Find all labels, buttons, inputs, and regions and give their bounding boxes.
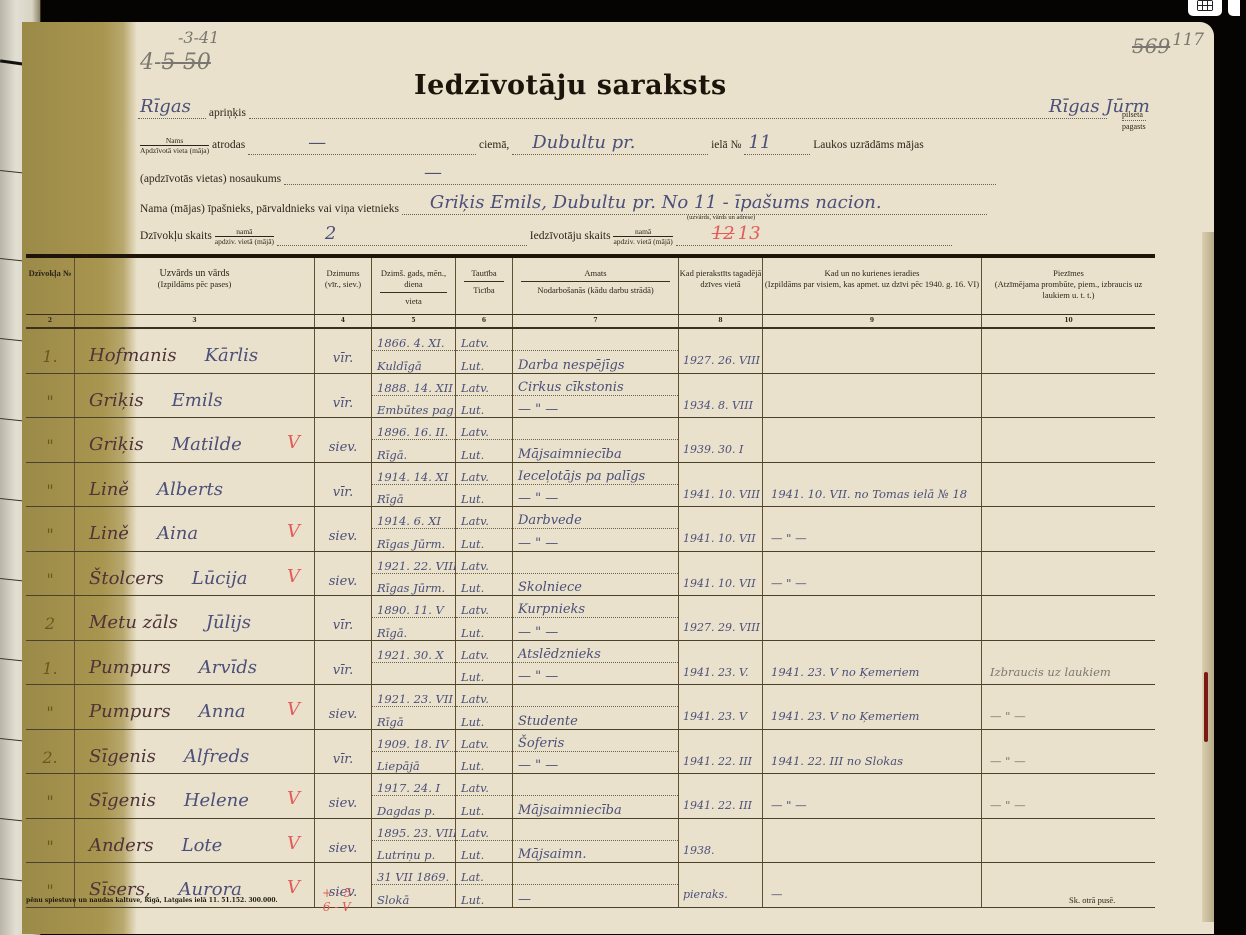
- birth-cell: 31 VII 1869.Slokā: [372, 863, 456, 907]
- arrival-info: — " —: [763, 552, 982, 596]
- resident-name: PumpursArvīds: [75, 641, 315, 685]
- table-row: " SīgenisHeleneV siev. 1917. 24. IDagdas…: [26, 774, 1155, 819]
- registered-date: 1938.: [679, 819, 763, 863]
- counts-field: Dzīvokļu skaits namāapdziv. vietā (mājā)…: [140, 227, 952, 246]
- table-row: " PumpursAnnaV siev. 1921. 23. VIIRīgā L…: [26, 685, 1155, 730]
- column-numbers: 2 3 4 5 6 7 8 9 10: [26, 315, 1155, 329]
- resident-name: GriķisMatildeV: [75, 418, 315, 462]
- notes: [982, 552, 1155, 596]
- nationality-cell: Latv.Lut.: [456, 641, 513, 685]
- birth-cell: 1896. 16. II.Rīgā.: [372, 418, 456, 462]
- table-row: 2 Metu zālsJūlijs vīr. 1890. 11. VRīgā. …: [26, 596, 1155, 641]
- registered-date: 1941. 23. V.: [679, 641, 763, 685]
- sex: vīr.: [315, 329, 372, 373]
- red-check-mark: V: [287, 432, 300, 453]
- arrival-info: — " —: [763, 774, 982, 818]
- apartment-number: 2: [26, 596, 75, 640]
- resident-name: PumpursAnnaV: [75, 685, 315, 729]
- notes: [982, 374, 1155, 418]
- apartment-number: ": [26, 685, 75, 729]
- apartment-number: ": [26, 463, 75, 507]
- printer-imprint: pēnu spiestuve un naudas kaltuve, Rīgā, …: [26, 897, 278, 904]
- occupation-cell: Darbvede— " —: [513, 507, 679, 551]
- red-check-mark: V: [287, 877, 300, 898]
- table-row: " AndersLoteV siev. 1895. 23. VIIILutriņ…: [26, 819, 1155, 864]
- apartment-number: ": [26, 418, 75, 462]
- nationality-cell: Latv.Lut.: [456, 507, 513, 551]
- table-row: 2. SīgenisAlfreds vīr. 1909. 18. IVLiepā…: [26, 730, 1155, 775]
- red-check-mark: V: [287, 699, 300, 720]
- birth-cell: 1914. 14. XIRīgā: [372, 463, 456, 507]
- arrival-info: 1941. 23. V no Ķemeriem: [763, 641, 982, 685]
- registered-date: 1934. 8. VIII: [679, 374, 763, 418]
- arrival-info: 1941. 22. III no Slokas: [763, 730, 982, 774]
- apartment-number: 1.: [26, 641, 75, 685]
- nationality-cell: Latv.Lut.: [456, 374, 513, 418]
- resident-name: LiněAinaV: [75, 507, 315, 551]
- apartment-number: ": [26, 374, 75, 418]
- registered-date: 1941. 10. VIII: [679, 463, 763, 507]
- registered-date: 1941. 10. VII: [679, 507, 763, 551]
- resident-name: LiněAlberts: [75, 463, 315, 507]
- grid-icon: [1197, 0, 1213, 11]
- nationality-cell: Latv.Lut.: [456, 596, 513, 640]
- occupation-cell: Kurpnieks— " —: [513, 596, 679, 640]
- occupation-cell: Skolniece: [513, 552, 679, 596]
- owner-hint: (uzvārds, vārds un adrese): [687, 214, 755, 221]
- arrival-info: [763, 819, 982, 863]
- col-arrived: Kad un no kurienes ieradies(Izpildāms pa…: [763, 258, 982, 314]
- table-row: 1. PumpursArvīds vīr. 1921. 30. X Latv.L…: [26, 641, 1155, 686]
- notes: [982, 819, 1155, 863]
- red-check-mark: V: [287, 788, 300, 809]
- settlement-name-field: (apdzīvotās vietas) nosaukums —: [140, 170, 996, 185]
- nationality-cell: Latv.Lut.: [456, 552, 513, 596]
- resident-name: SīgenisHeleneV: [75, 774, 315, 818]
- residents-table: Dzīvokļa № Uzvārds un vārds(Izpildāms pē…: [26, 254, 1155, 908]
- apartment-number: ": [26, 552, 75, 596]
- red-annotation: + - 5 6 - V: [322, 886, 351, 914]
- birth-cell: 1890. 11. VRīgā.: [372, 596, 456, 640]
- occupation-cell: Darba nespējīgs: [513, 329, 679, 373]
- viewer-toolbar: [1188, 0, 1240, 16]
- census-form-page: -3-41 4-5-50 Iedzīvotāju saraksts 569117…: [22, 22, 1214, 934]
- arrival-info: 1941. 10. VII. no Tomas ielā № 18: [763, 463, 982, 507]
- owner-field: Nama (mājas) īpašnieks, pārvaldnieks vai…: [140, 200, 987, 215]
- nationality-cell: Latv.Lut.: [456, 685, 513, 729]
- nationality-cell: Latv.Lut.: [456, 329, 513, 373]
- city-parish-label: pilsēta pagasts: [1122, 109, 1146, 132]
- table-body: 1. HofmanisKārlis vīr. 1866. 4. XI.Kuldī…: [26, 329, 1155, 908]
- table-row: " ŠtolcersLūcijaV siev. 1921. 22. VIIIRī…: [26, 552, 1155, 597]
- birth-cell: 1888. 14. XIIEmbūtes pag.: [372, 374, 456, 418]
- occupation-cell: Mājsaimn.: [513, 819, 679, 863]
- resident-name: HofmanisKārlis: [75, 329, 315, 373]
- apartment-number: ": [26, 507, 75, 551]
- arrival-info: [763, 596, 982, 640]
- notes: — " —: [982, 730, 1155, 774]
- registered-date: 1927. 29. VIII: [679, 596, 763, 640]
- col-apartment: Dzīvokļa №: [26, 258, 75, 314]
- registered-date: 1927. 26. VIII: [679, 329, 763, 373]
- apartment-number: ": [26, 819, 75, 863]
- occupation-cell: Mājsaimniecība: [513, 774, 679, 818]
- location-field: NamsApdzīvotā vieta (māja) atrodas — cie…: [140, 136, 924, 155]
- birth-cell: 1895. 23. VIIILutriņu p.: [372, 819, 456, 863]
- table-row: " LiněAinaV siev. 1914. 6. XIRīgas Jūrm.…: [26, 507, 1155, 552]
- sex: vīr.: [315, 641, 372, 685]
- sex: siev.: [315, 774, 372, 818]
- resident-name: Metu zālsJūlijs: [75, 596, 315, 640]
- notes: [982, 596, 1155, 640]
- grid-view-button[interactable]: [1188, 0, 1222, 16]
- resident-name: AndersLoteV: [75, 819, 315, 863]
- apartment-number: ": [26, 774, 75, 818]
- birth-cell: 1921. 22. VIIIRīgas Jūrm.: [372, 552, 456, 596]
- arrival-info: —: [763, 863, 982, 907]
- arrival-info: 1941. 23. V no Ķemeriem: [763, 685, 982, 729]
- sex: vīr.: [315, 730, 372, 774]
- col-registered: Kad pierakstīts tagadējā dzīves vietā: [679, 258, 763, 314]
- district-field: Rīgas apriņķis Rīgas Jūrm: [138, 104, 1107, 119]
- registered-date: 1941. 10. VII: [679, 552, 763, 596]
- red-check-mark: V: [287, 566, 300, 587]
- sex: siev.: [315, 507, 372, 551]
- page-edge: [1202, 232, 1214, 922]
- nationality-cell: Lat.Lut.: [456, 863, 513, 907]
- apartment-number: 1.: [26, 329, 75, 373]
- sex: vīr.: [315, 463, 372, 507]
- nationality-cell: Latv.Lut.: [456, 730, 513, 774]
- apartment-number: 2.: [26, 730, 75, 774]
- col-occupation: AmatsNodarbošanās (kādu darbu strādā): [513, 258, 679, 314]
- occupation-cell: Cirkus cīkstonis— " —: [513, 374, 679, 418]
- registered-date: 1941. 23. V: [679, 685, 763, 729]
- col-sex: Dzimums(vīr., siev.): [315, 258, 372, 314]
- arrival-info: — " —: [763, 507, 982, 551]
- birth-cell: 1909. 18. IVLiepājā: [372, 730, 456, 774]
- red-check-mark: V: [287, 833, 300, 854]
- nationality-cell: Latv.Lut.: [456, 418, 513, 462]
- arrival-info: [763, 329, 982, 373]
- arrival-info: [763, 418, 982, 462]
- resident-name: GriķisEmils: [75, 374, 315, 418]
- sex: vīr.: [315, 596, 372, 640]
- registered-date: 1939. 30. I: [679, 418, 763, 462]
- resident-name: ŠtolcersLūcijaV: [75, 552, 315, 596]
- sex: vīr.: [315, 374, 372, 418]
- registered-date: pieraks.: [679, 863, 763, 907]
- occupation-cell: Ieceļotājs pa palīgs— " —: [513, 463, 679, 507]
- col-birth: Dzimš. gads, mēn., dienavieta: [372, 258, 456, 314]
- nationality-cell: Latv.Lut.: [456, 463, 513, 507]
- occupation-cell: Mājsaimniecība: [513, 418, 679, 462]
- occupation-cell: —: [513, 863, 679, 907]
- table-row: " LiněAlberts vīr. 1914. 14. XIRīgā Latv…: [26, 463, 1155, 508]
- col-name: Uzvārds un vārds(Izpildāms pēc pases): [75, 258, 315, 314]
- resident-name: SīgenisAlfreds: [75, 730, 315, 774]
- occupation-cell: Studente: [513, 685, 679, 729]
- table-header: Dzīvokļa № Uzvārds un vārds(Izpildāms pē…: [26, 258, 1155, 315]
- red-check-mark: V: [287, 521, 300, 542]
- occupation-cell: Šoferis— " —: [513, 730, 679, 774]
- sex: siev.: [315, 418, 372, 462]
- table-row: " GriķisMatildeV siev. 1896. 16. II.Rīgā…: [26, 418, 1155, 463]
- arrival-info: [763, 374, 982, 418]
- notes: [982, 418, 1155, 462]
- turn-over-note: Sk. otrā pusē.: [1069, 895, 1115, 905]
- birth-cell: 1914. 6. XIRīgas Jūrm.: [372, 507, 456, 551]
- table-row: " GriķisEmils vīr. 1888. 14. XIIEmbūtes …: [26, 374, 1155, 419]
- registered-date: 1941. 22. III: [679, 730, 763, 774]
- notes: [982, 463, 1155, 507]
- birth-cell: 1921. 23. VIIRīgā: [372, 685, 456, 729]
- birth-cell: 1866. 4. XI.Kuldīgā: [372, 329, 456, 373]
- notes: [982, 329, 1155, 373]
- page-number: 569117: [1132, 30, 1204, 58]
- nationality-cell: Latv.Lut.: [456, 819, 513, 863]
- table-row: 1. HofmanisKārlis vīr. 1866. 4. XI.Kuldī…: [26, 329, 1155, 374]
- toolbar-button-partial[interactable]: [1228, 0, 1240, 16]
- sex: siev.: [315, 552, 372, 596]
- birth-cell: 1917. 24. IDagdas p.: [372, 774, 456, 818]
- notes: [982, 507, 1155, 551]
- notes: — " —: [982, 774, 1155, 818]
- col-nationality: TautībaTicība: [456, 258, 513, 314]
- birth-cell: 1921. 30. X: [372, 641, 456, 685]
- notes: — " —: [982, 685, 1155, 729]
- col-notes: Piezīmes(Atzīmējama prombūte, piem., izb…: [982, 258, 1155, 314]
- registered-date: 1941. 22. III: [679, 774, 763, 818]
- sex: siev.: [315, 819, 372, 863]
- notes: Izbraucis uz laukiem: [982, 641, 1155, 685]
- sex: siev.: [315, 685, 372, 729]
- nationality-cell: Latv.Lut.: [456, 774, 513, 818]
- page-title: Iedzīvotāju saraksts: [414, 70, 727, 101]
- occupation-cell: Atslēdznieks— " —: [513, 641, 679, 685]
